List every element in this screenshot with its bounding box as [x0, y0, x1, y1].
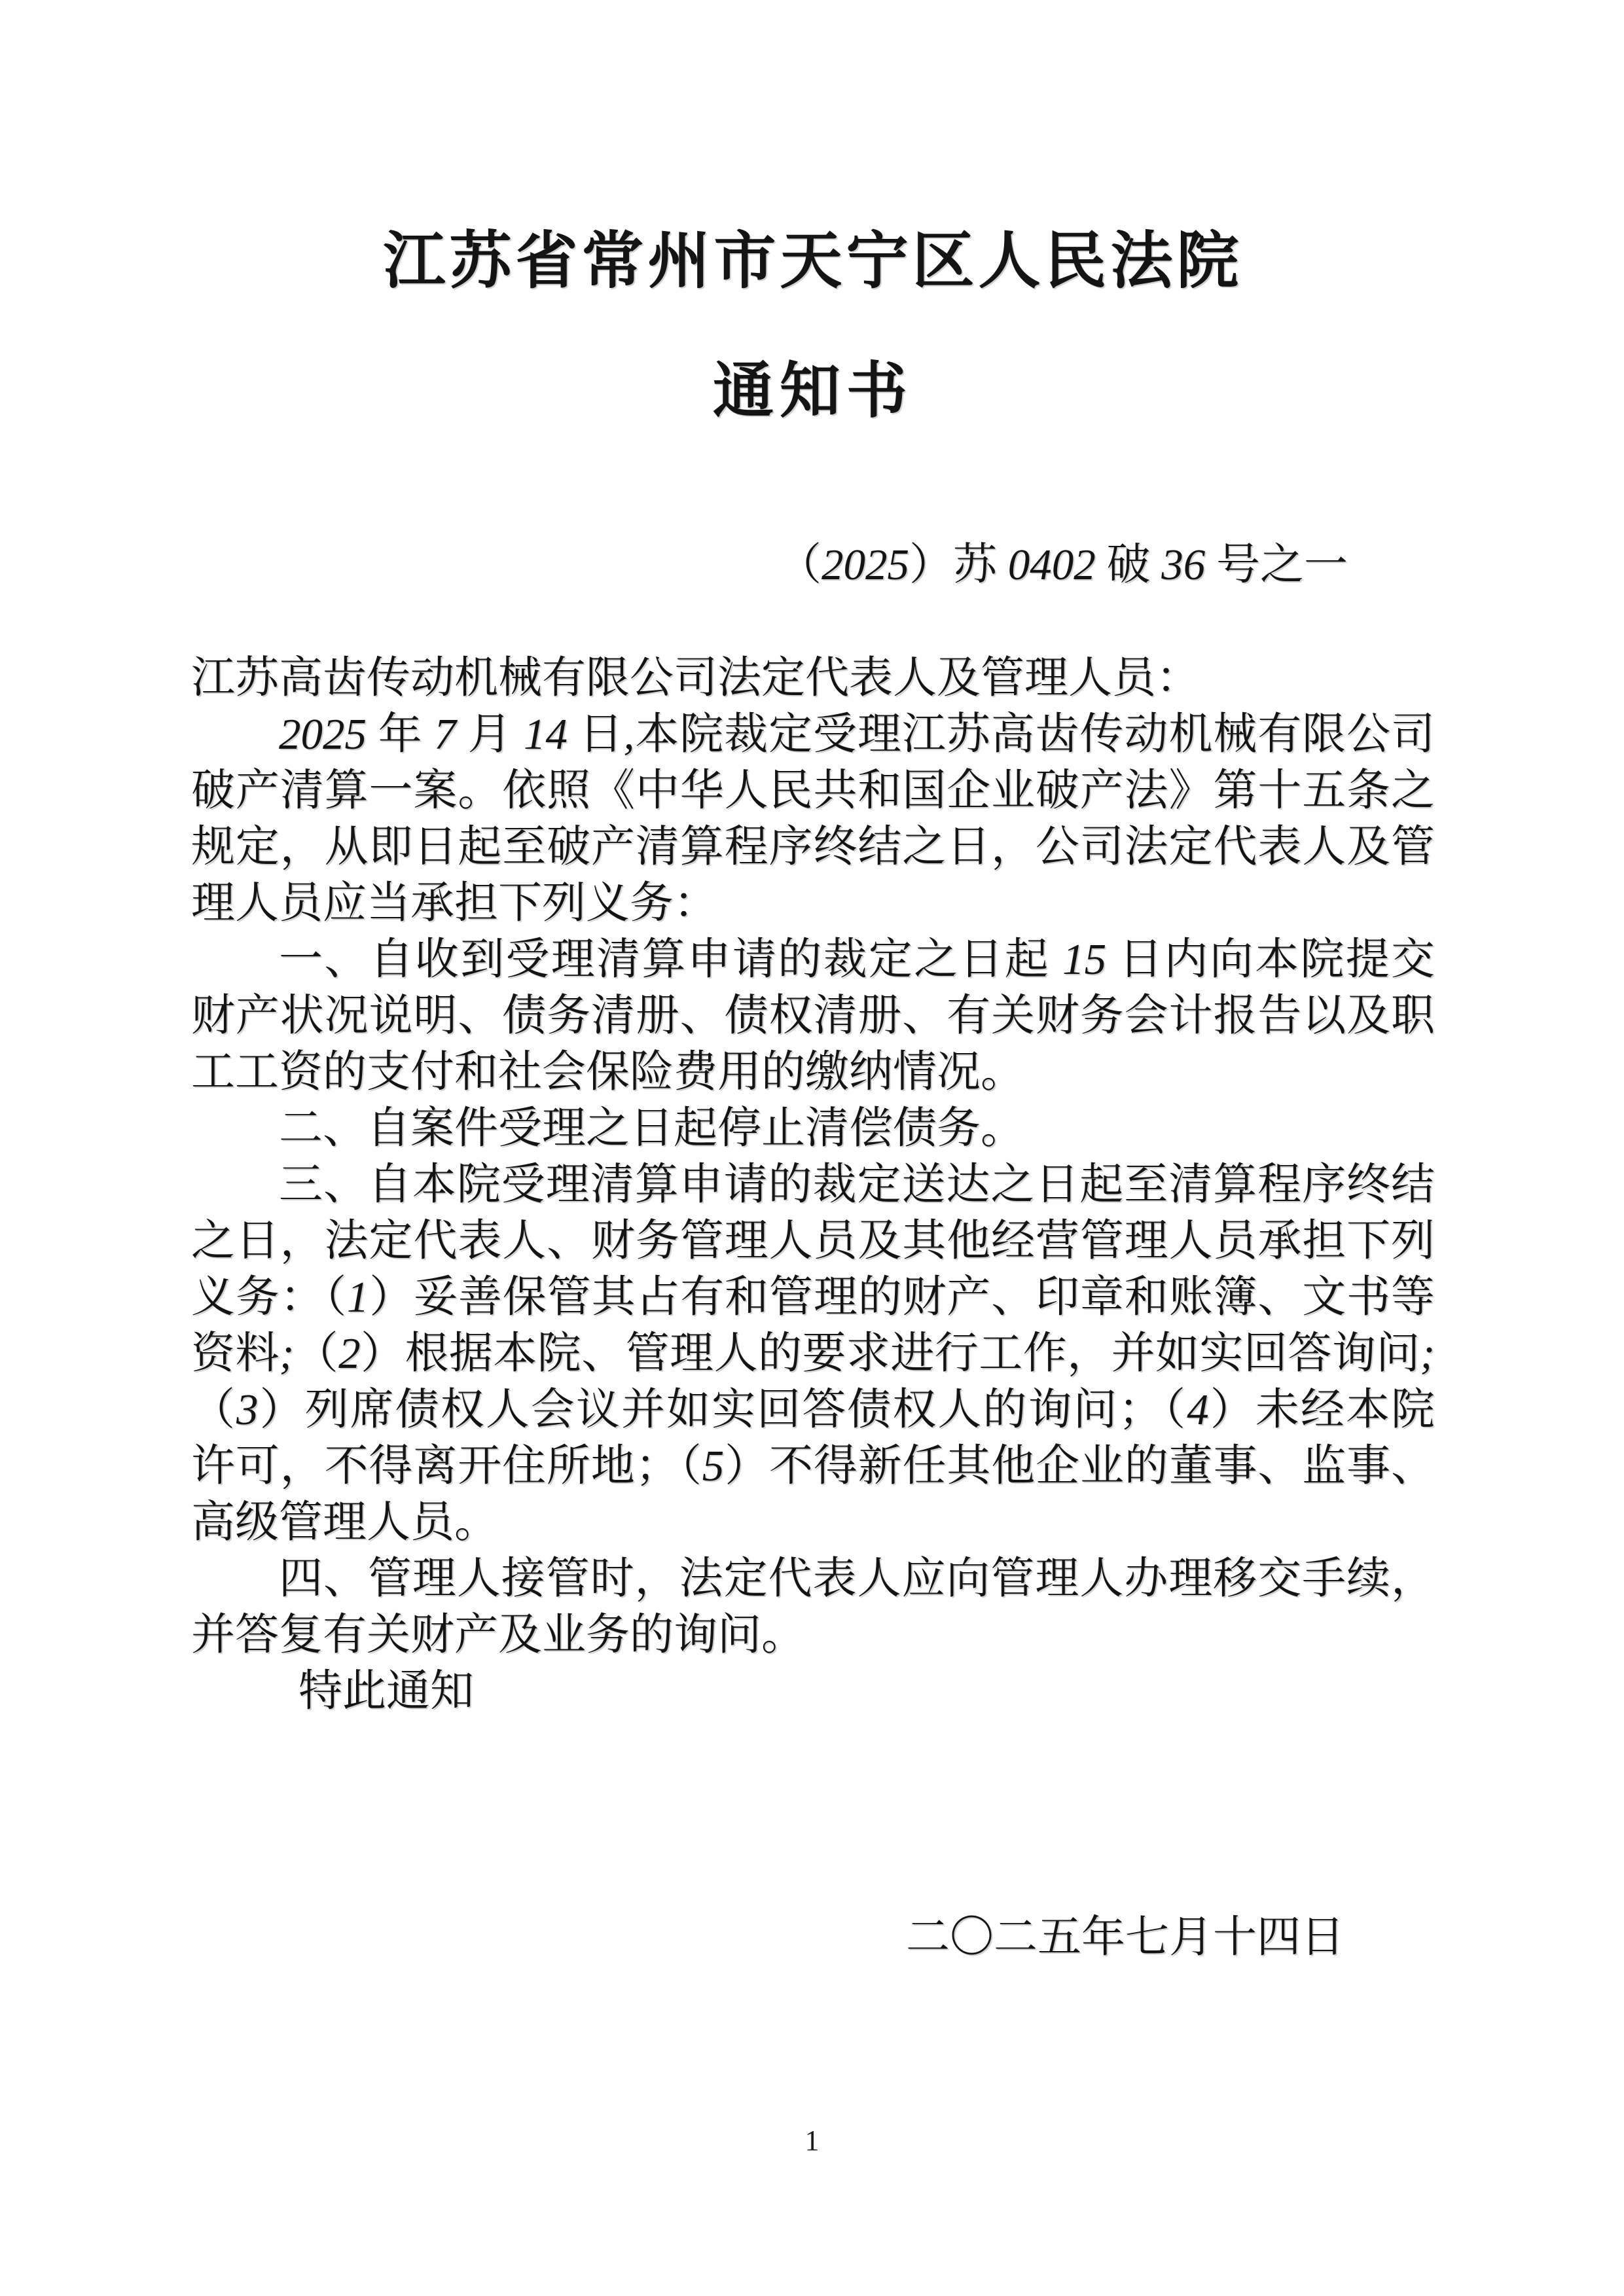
page-number: 1: [0, 2126, 1624, 2155]
court-name-title: 江苏省常州市天宁区人民法院: [191, 230, 1435, 293]
paragraph-item-4: 四、管理人接管时，法定代表人应向管理人办理移交手续，并答复有关财产及业务的询问。: [191, 1551, 1435, 1663]
document-page: 江苏省常州市天宁区人民法院 通知书 （2025）苏 0402 破 36 号之一 …: [0, 0, 1624, 2296]
paragraph-item-1: 一、自收到受理清算申请的裁定之日起 15 日内向本院提交财产状况说明、债务清册、…: [191, 931, 1435, 1100]
salutation-line: 江苏高齿传动机械有限公司法定代表人及管理人员：: [191, 650, 1435, 706]
closing-line: 特此通知: [191, 1663, 1435, 1719]
paragraph-item-3: 三、自本院受理清算申请的裁定送达之日起至清算程序终结之日，法定代表人、财务管理人…: [191, 1157, 1435, 1551]
document-content: 江苏省常州市天宁区人民法院 通知书 （2025）苏 0402 破 36 号之一 …: [191, 0, 1435, 1965]
document-type-title: 通知书: [191, 361, 1435, 422]
paragraph-intro: 2025 年 7 月 14 日,本院裁定受理江苏高齿传动机械有限公司破产清算一案…: [191, 706, 1435, 931]
case-number: （2025）苏 0402 破 36 号之一: [191, 537, 1435, 593]
paragraph-item-2: 二、自案件受理之日起停止清偿债务。: [191, 1100, 1435, 1157]
issue-date: 二〇二五年七月十四日: [191, 1909, 1435, 1965]
document-body: 江苏高齿传动机械有限公司法定代表人及管理人员： 2025 年 7 月 14 日,…: [191, 650, 1435, 1719]
